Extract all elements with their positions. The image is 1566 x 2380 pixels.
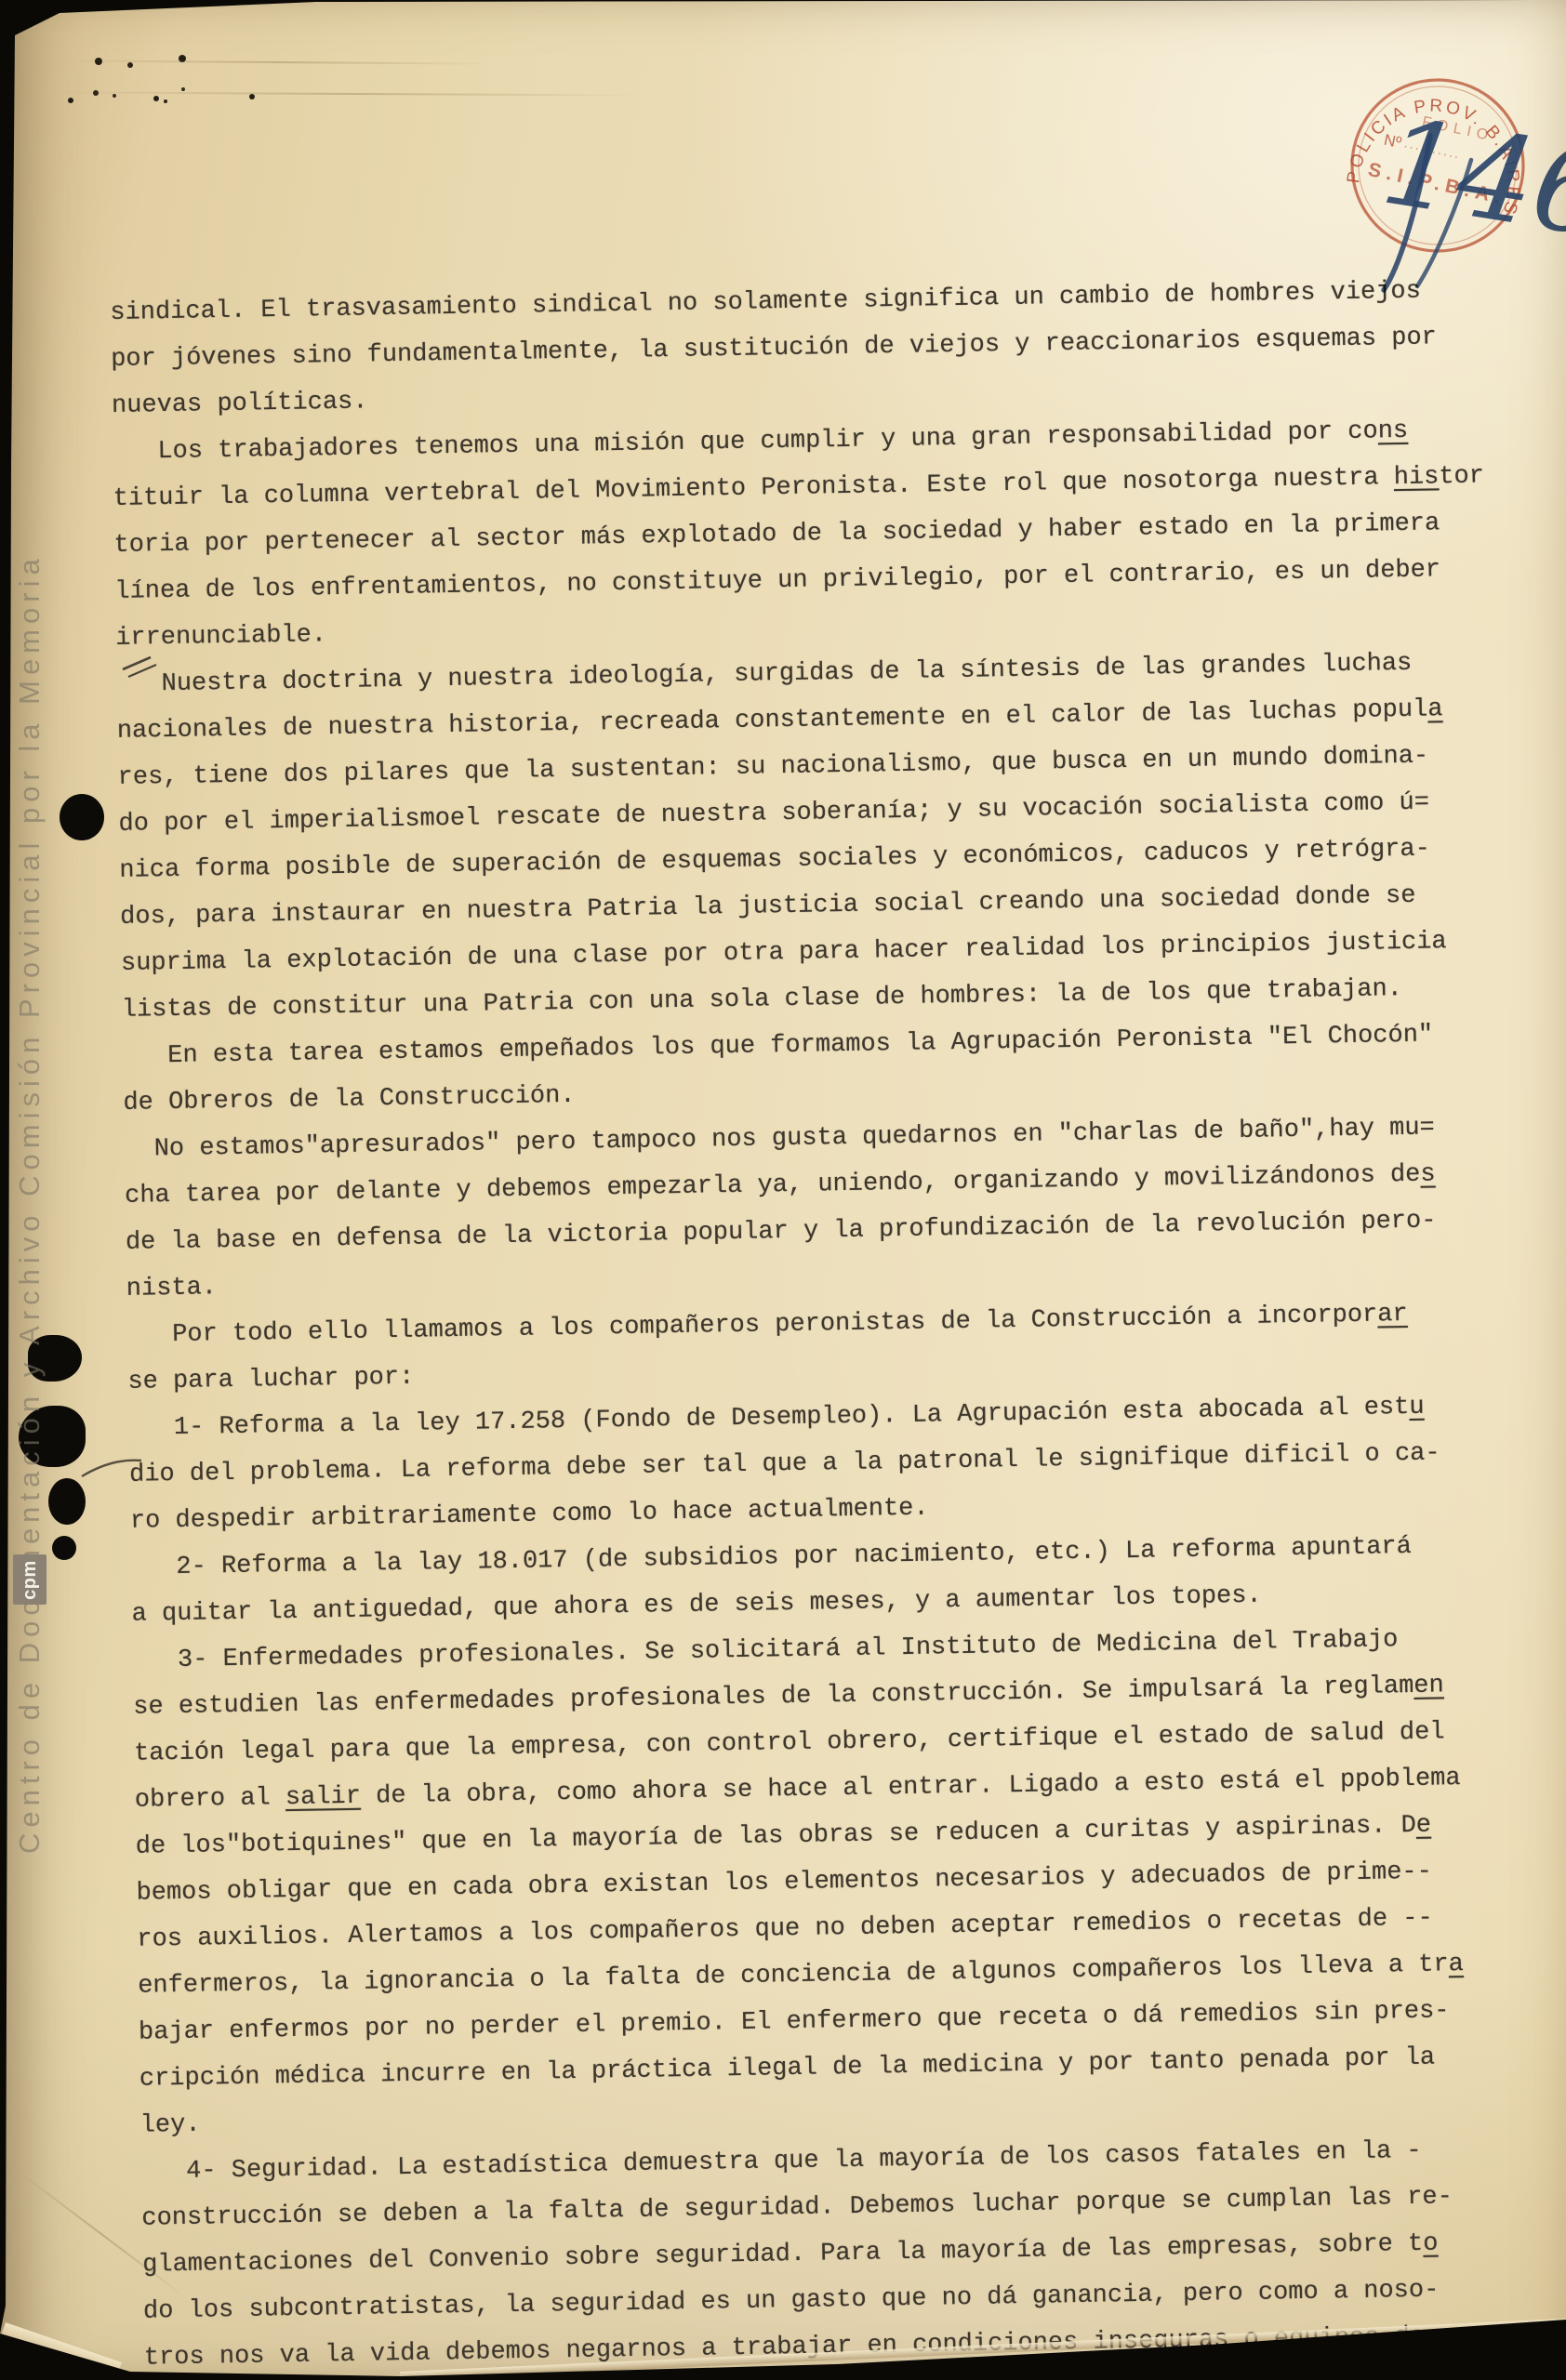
paper-crease: [54, 91, 649, 96]
ink-blot: [48, 1478, 86, 1525]
archive-watermark-text: Centro de Documentación y Archivo Comisi…: [13, 553, 52, 1854]
svg-text:146: 146: [1374, 93, 1566, 265]
scanned-page: sindical. El trasvasamiento sindical no …: [0, 0, 1566, 2380]
pen-tick-mark: [119, 649, 162, 681]
pen-check-mark: [78, 1447, 145, 1484]
ink-specks: [0, 0, 7, 7]
ink-blot: [52, 1536, 76, 1560]
ink-blot: [60, 794, 104, 840]
paper-crease: [60, 59, 497, 64]
torn-edge-bottom-left: [0, 2322, 122, 2380]
typed-text-block: sindical. El trasvasamiento sindical no …: [110, 267, 1566, 2380]
police-stamp: POLICIA PROV. B.AIRES FOLIO Nº .........…: [1341, 71, 1546, 294]
paper-sheet: sindical. El trasvasamiento sindical no …: [0, 0, 1566, 2380]
handwritten-folio-number: 146: [1374, 93, 1566, 290]
cpm-logo-text: cpm: [20, 1560, 41, 1600]
cpm-logo: cpm: [13, 1554, 46, 1605]
